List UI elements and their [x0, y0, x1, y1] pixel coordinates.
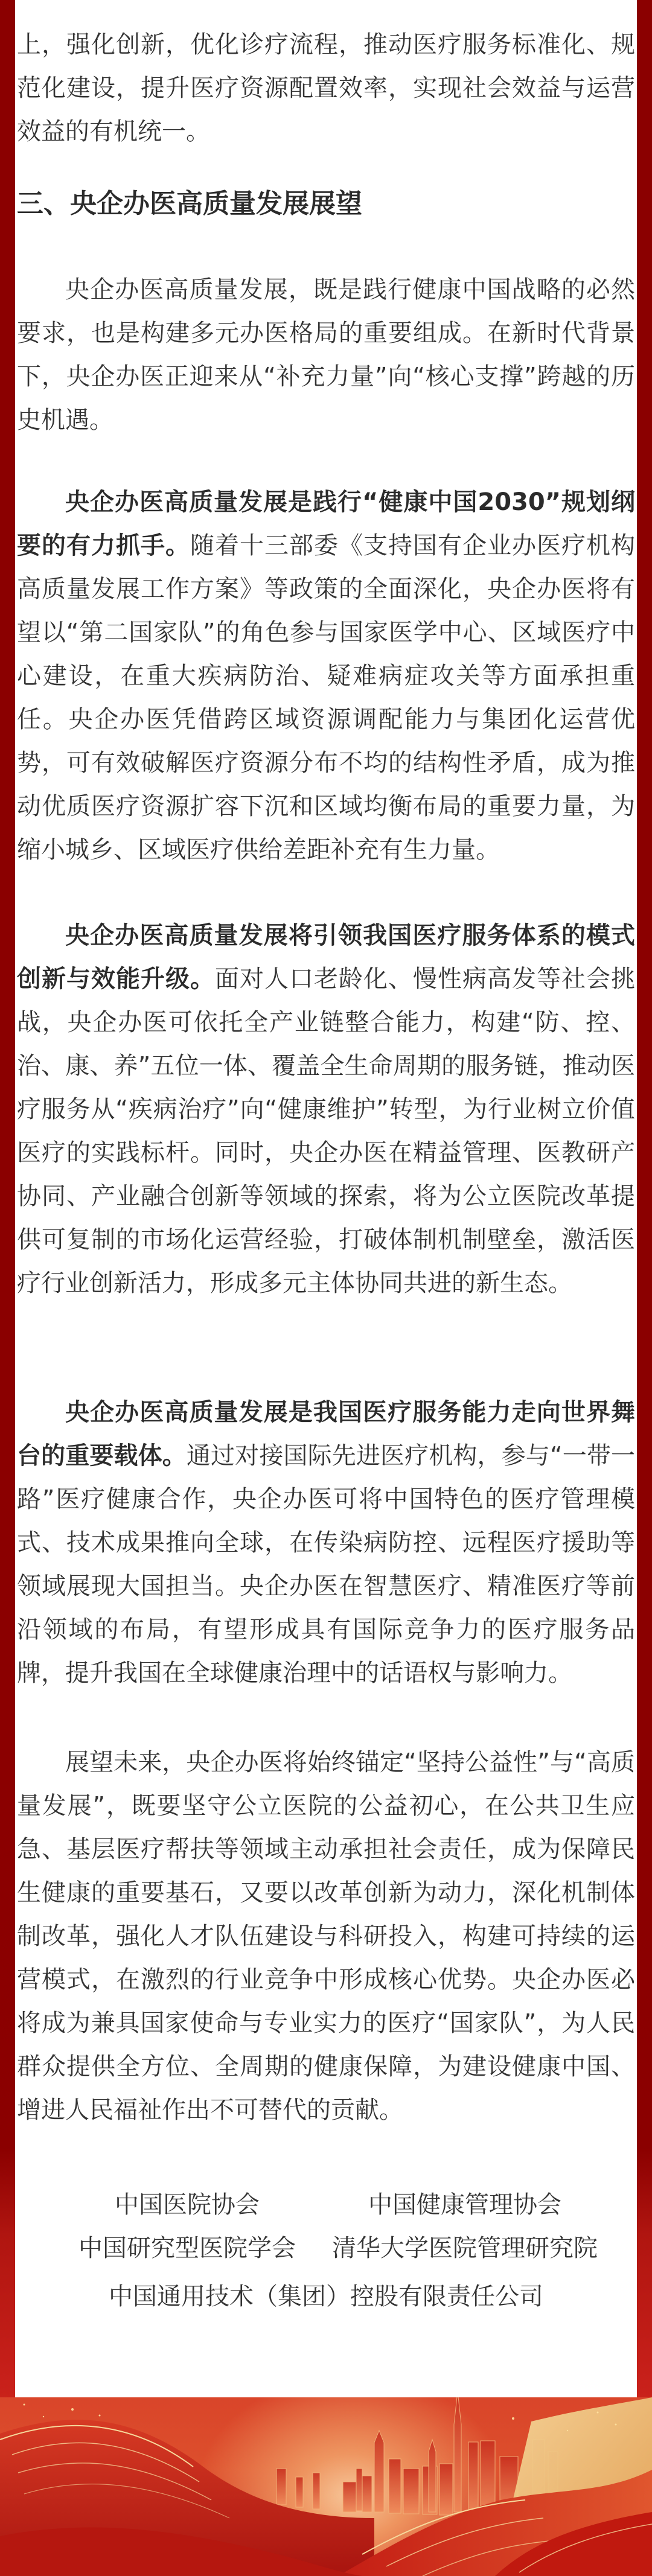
org-name: 中国研究型医院学会 — [48, 2228, 326, 2268]
section-paragraph-2: 央企办医高质量发展是践行“健康中国2030”规划纲要的有力抓手。随着十三部委《支… — [17, 480, 635, 872]
org-name: 中国健康管理协会 — [326, 2185, 604, 2225]
paragraph-body: 面对人口老龄化、慢性病高发等社会挑战，央企办医可依托全产业链整合能力，构建“防、… — [17, 965, 635, 1297]
footer-decorative-banner — [0, 2397, 652, 2576]
org-row-1: 中国医院协会 中国健康管理协会 — [15, 2185, 637, 2225]
section-heading: 三、央企办医高质量发展展望 — [17, 182, 362, 226]
intro-tail-paragraph: 上，强化创新，优化诊疗流程，推动医疗服务标准化、规范化建设，提升医疗资源配置效率… — [17, 23, 635, 153]
section-paragraph-4: 央企办医高质量发展是我国医疗服务能力走向世界舞台的重要载体。通过对接国际先进医疗… — [17, 1391, 635, 1695]
org-name: 清华大学医院管理研究院 — [326, 2228, 604, 2268]
city-skyline-waves-illustration — [0, 2397, 652, 2576]
organizations-signature: 中国医院协会 中国健康管理协会 中国研究型医院学会 清华大学医院管理研究院 中国… — [15, 2185, 637, 2316]
org-name: 中国通用技术（集团）控股有限责任公司 — [109, 2277, 543, 2316]
paragraph-body: 央企办医高质量发展，既是践行健康中国战略的必然要求，也是构建多元办医格局的重要组… — [17, 276, 635, 434]
org-row-3: 中国通用技术（集团）控股有限责任公司 — [15, 2277, 637, 2316]
org-row-2: 中国研究型医院学会 清华大学医院管理研究院 — [15, 2228, 637, 2268]
section-paragraph-3: 央企办医高质量发展将引领我国医疗服务体系的模式创新与效能升级。面对人口老龄化、慢… — [17, 914, 635, 1305]
section-paragraph-1: 央企办医高质量发展，既是践行健康中国战略的必然要求，也是构建多元办医格局的重要组… — [17, 268, 635, 442]
section-paragraph-5: 展望未来，央企办医将始终锚定“坚持公益性”与“高质量发展”，既要坚守公立医院的公… — [17, 1741, 635, 2132]
org-name: 中国医院协会 — [48, 2185, 326, 2225]
paragraph-body: 展望未来，央企办医将始终锚定“坚持公益性”与“高质量发展”，既要坚守公立医院的公… — [17, 1749, 635, 2124]
paragraph-body: 通过对接国际先进医疗机构，参与“一带一路”医疗健康合作，央企办医可将中国特色的医… — [17, 1442, 635, 1687]
paragraph-body: 随着十三部委《支持国有企业办医疗机构高质量发展工作方案》等政策的全面深化，央企办… — [17, 532, 635, 864]
